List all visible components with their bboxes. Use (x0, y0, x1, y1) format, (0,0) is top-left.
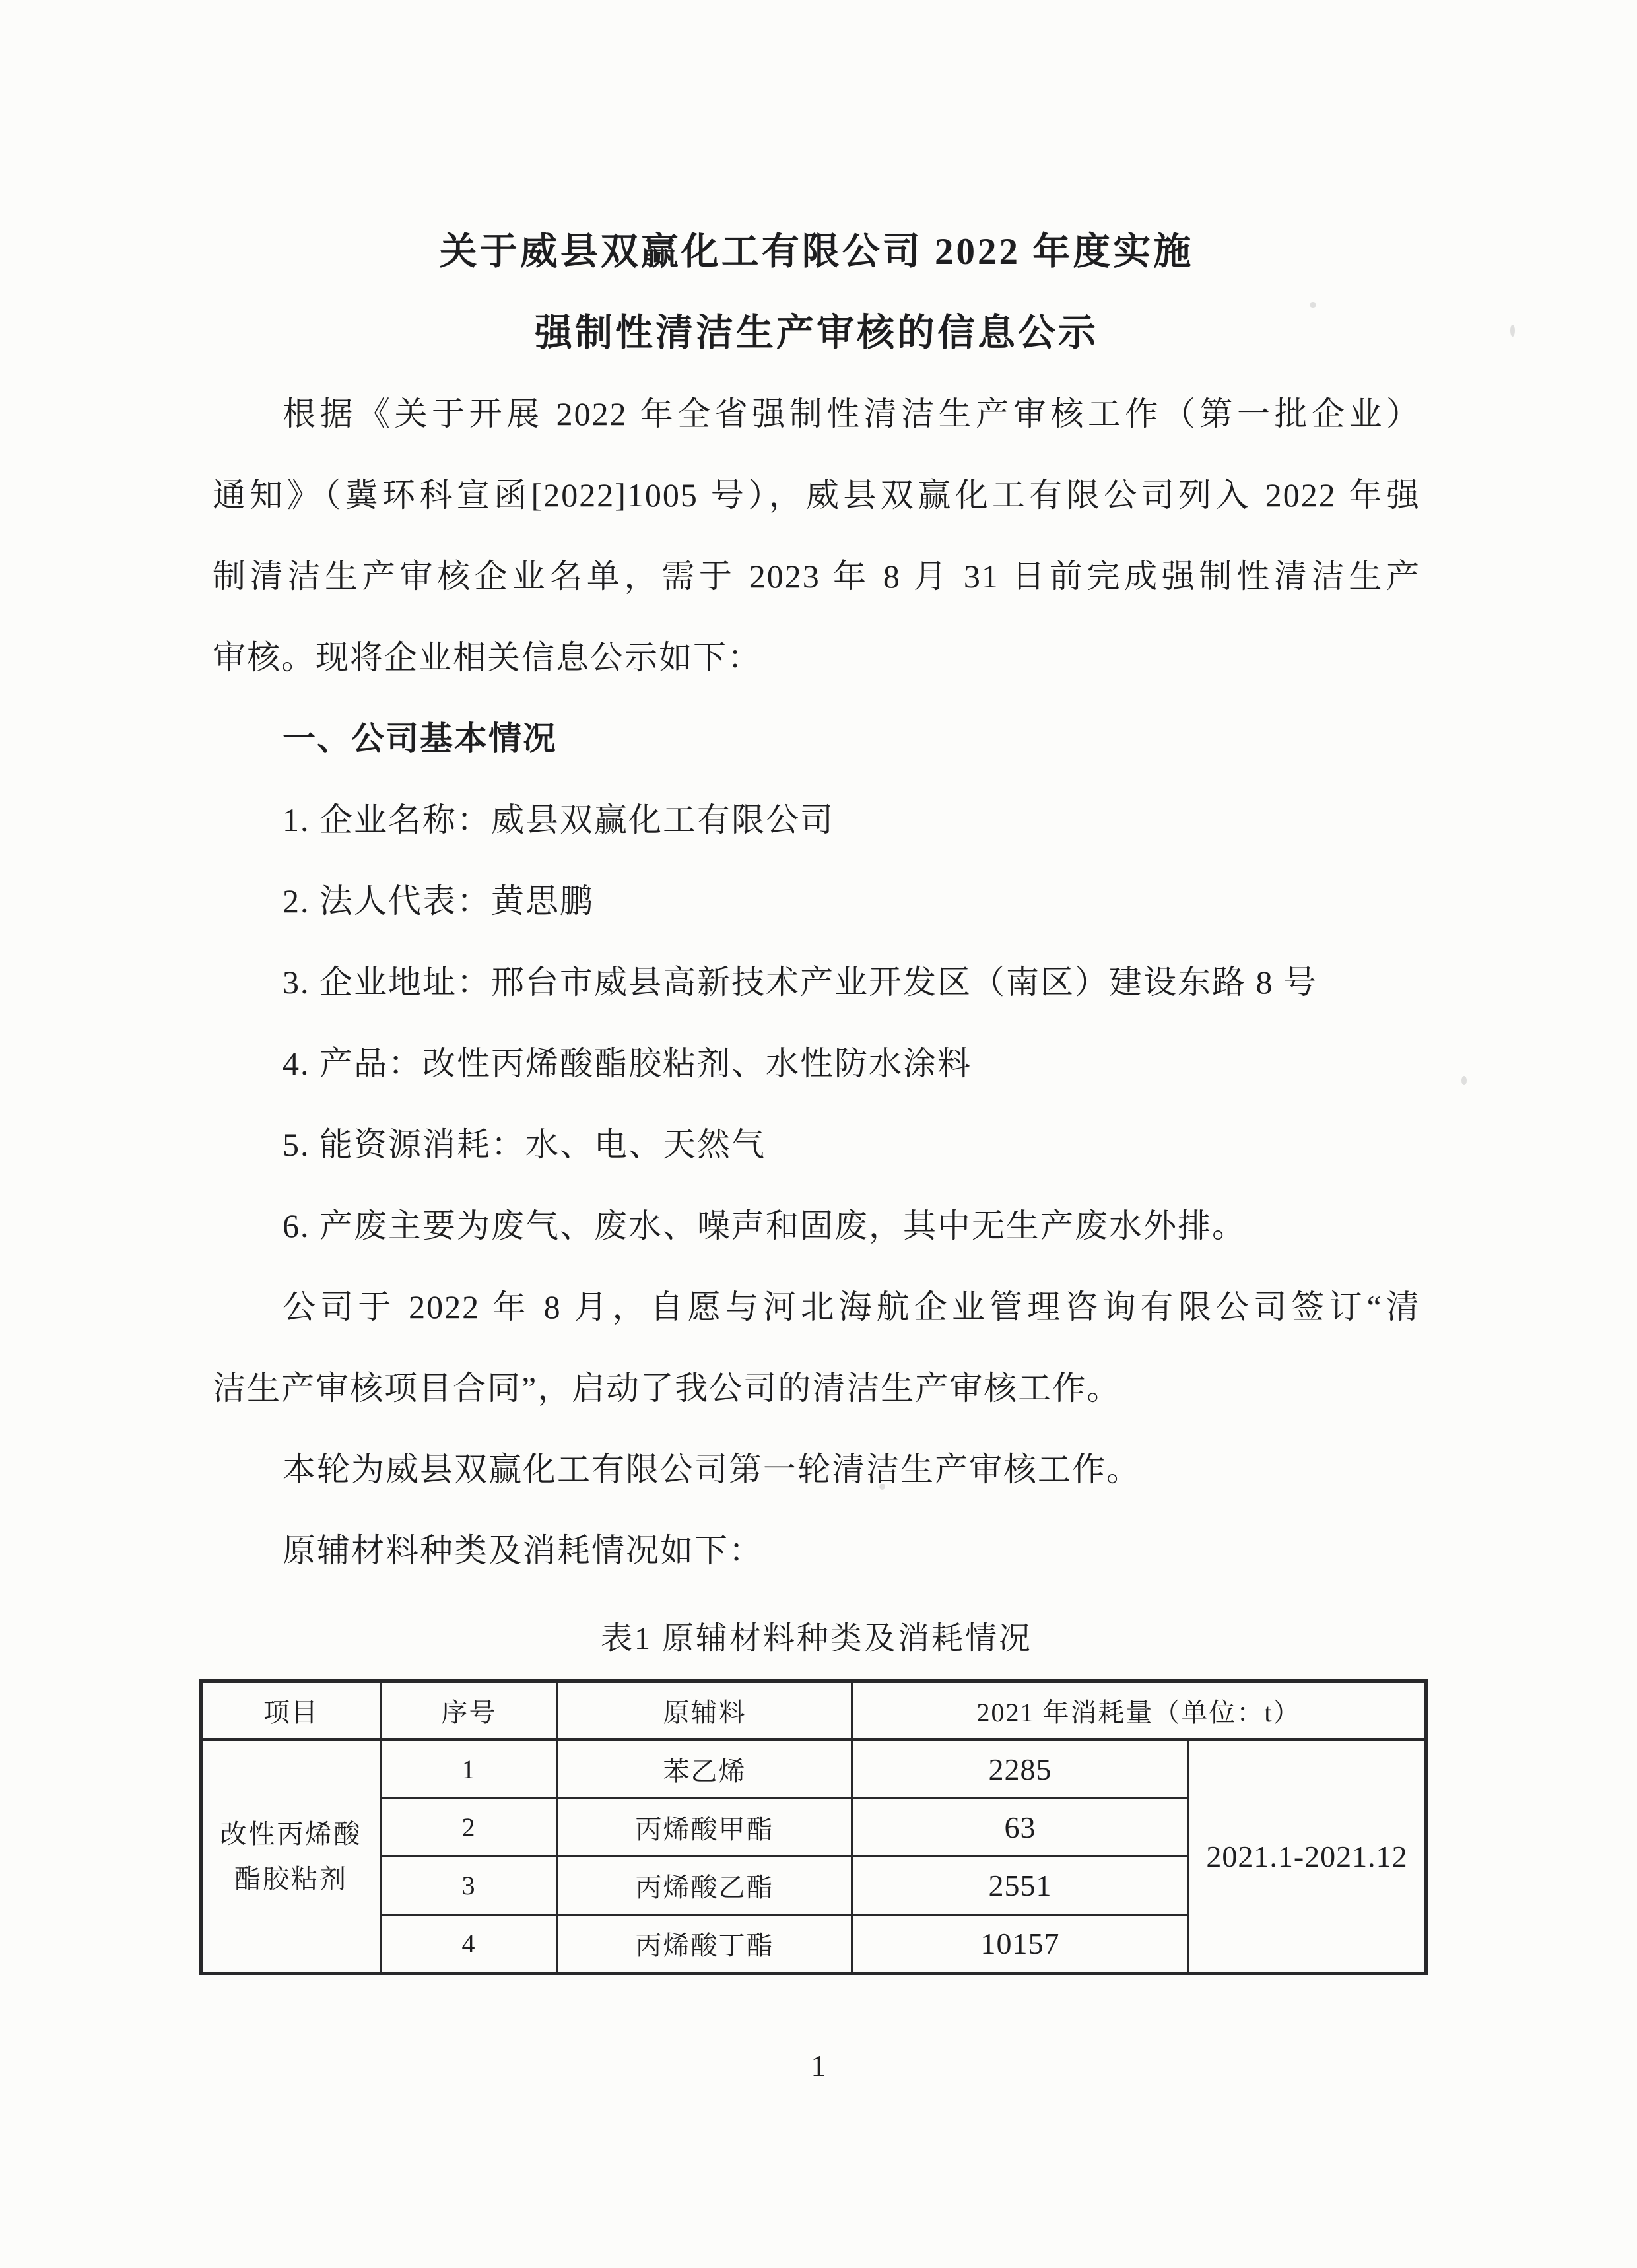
numbered-item-1: 1. 企业名称：威县双赢化工有限公司 (213, 780, 1420, 861)
col-header-no: 序号 (381, 1681, 558, 1740)
row-number-cell: 4 (381, 1915, 558, 1974)
numbered-item-4: 4. 产品：改性丙烯酸酯胶粘剂、水性防水涂料 (213, 1023, 1420, 1104)
numbered-item-6: 6. 产废主要为废气、废水、噪声和固废，其中无生产废水外排。 (213, 1185, 1420, 1267)
paragraph-line-3: 制清洁生产审核企业名单，需于 2023 年 8 月 31 日前完成强制性清洁生产 (213, 536, 1420, 617)
paragraph-line-2: 通知》（冀环科宣函[2022]1005 号），威县双赢化工有限公司列入 2022… (213, 455, 1420, 536)
amount-cell: 2551 (852, 1857, 1189, 1915)
material-cell: 丙烯酸甲酯 (558, 1799, 852, 1857)
document-title-line-1: 关于威县双赢化工有限公司 2022 年度实施 (213, 211, 1420, 292)
scan-speck (1461, 1076, 1467, 1085)
material-cell: 丙烯酸丁酯 (558, 1915, 852, 1974)
material-cell: 苯乙烯 (558, 1740, 852, 1799)
amount-cell: 10157 (852, 1915, 1189, 1974)
row-number-cell: 2 (381, 1799, 558, 1857)
section-heading: 一、公司基本情况 (213, 698, 1420, 780)
row-number-cell: 1 (381, 1740, 558, 1799)
table-caption: 表1 原辅材料种类及消耗情况 (213, 1598, 1420, 1679)
table-row: 改性丙烯酸 酯胶粘剂 1 苯乙烯 2285 2021.1-2021.12 (201, 1740, 1426, 1799)
numbered-item-2: 2. 法人代表：黄思鹏 (213, 861, 1420, 942)
scan-speck (879, 1484, 885, 1490)
col-header-amount: 2021 年消耗量（单位：t） (852, 1681, 1426, 1740)
scan-speck (1510, 325, 1515, 337)
col-header-project: 项目 (201, 1681, 381, 1740)
amount-cell: 63 (852, 1799, 1189, 1857)
scanned-document-page: 关于威县双赢化工有限公司 2022 年度实施 强制性清洁生产审核的信息公示 根据… (0, 0, 1637, 2268)
amount-cell: 2285 (852, 1740, 1189, 1799)
paragraph-line-4: 审核。现将企业相关信息公示如下： (213, 617, 1420, 698)
row-number-cell: 3 (381, 1857, 558, 1915)
project-cell-line-1: 改性丙烯酸 (203, 1812, 380, 1857)
material-cell: 丙烯酸乙酯 (558, 1857, 852, 1915)
period-cell: 2021.1-2021.12 (1189, 1740, 1426, 1974)
numbered-item-3: 3. 企业地址：邢台市威县高新技术产业开发区（南区）建设东路 8 号 (213, 942, 1420, 1023)
paragraph-line-5: 公司于 2022 年 8 月，自愿与河北海航企业管理咨询有限公司签订“清 (213, 1267, 1420, 1348)
project-cell-line-2: 酯胶粘剂 (203, 1857, 380, 1902)
paragraph-line-1: 根据《关于开展 2022 年全省强制性清洁生产审核工作（第一批企业） (213, 374, 1420, 455)
document-body: 关于威县双赢化工有限公司 2022 年度实施 强制性清洁生产审核的信息公示 根据… (213, 211, 1420, 1975)
paragraph-line-7: 本轮为威县双赢化工有限公司第一轮清洁生产审核工作。 (213, 1429, 1420, 1510)
document-title-line-2: 强制性清洁生产审核的信息公示 (213, 292, 1420, 374)
materials-table: 项目 序号 原辅料 2021 年消耗量（单位：t） 改性丙烯酸 酯胶粘剂 1 苯… (199, 1679, 1428, 1975)
project-cell: 改性丙烯酸 酯胶粘剂 (201, 1740, 381, 1974)
table-header-row: 项目 序号 原辅料 2021 年消耗量（单位：t） (201, 1681, 1426, 1740)
scan-speck (1310, 302, 1316, 308)
page-number: 1 (0, 2048, 1637, 2083)
paragraph-line-8: 原辅材料种类及消耗情况如下： (213, 1510, 1420, 1591)
numbered-item-5: 5. 能资源消耗：水、电、天然气 (213, 1104, 1420, 1185)
col-header-material: 原辅料 (558, 1681, 852, 1740)
paragraph-line-6: 洁生产审核项目合同”，启动了我公司的清洁生产审核工作。 (213, 1348, 1420, 1429)
